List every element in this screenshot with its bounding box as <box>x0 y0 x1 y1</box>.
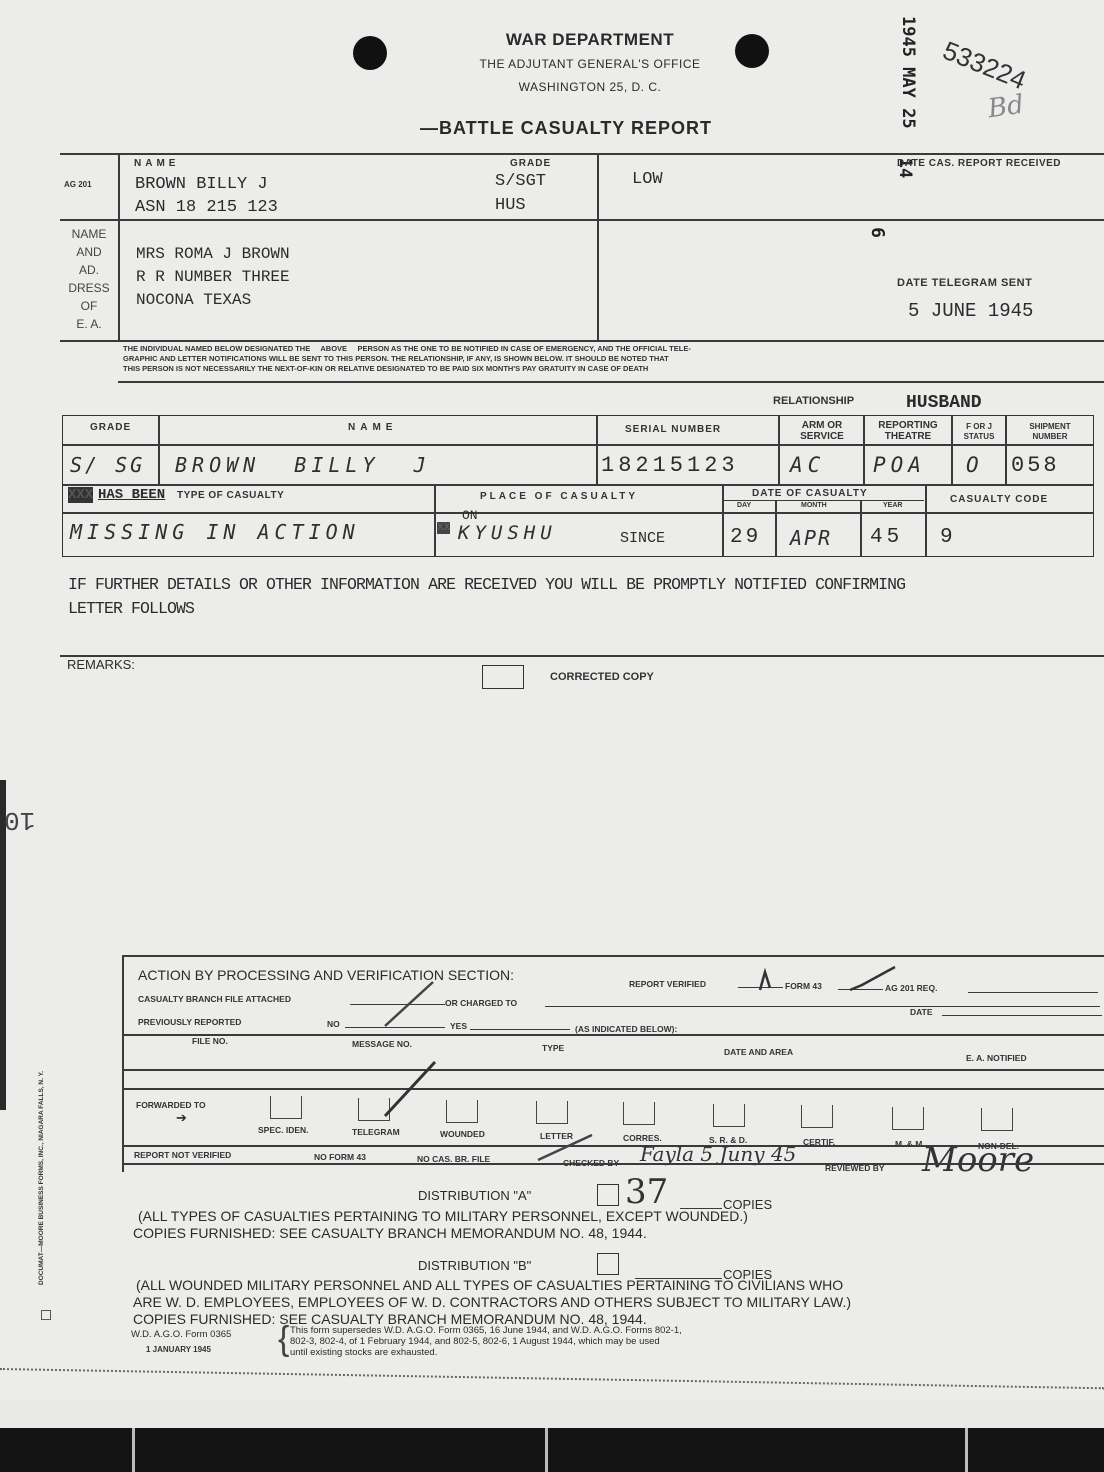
distribution-b-description-1: (ALL WOUNDED MILITARY PERSONNEL AND ALL … <box>136 1277 843 1293</box>
distribution-b-description-2: ARE W. D. EMPLOYEES, EMPLOYEES OF W. D. … <box>133 1294 851 1310</box>
distribution-a-description-1: (ALL TYPES OF CASUALTIES PERTAINING TO M… <box>138 1208 748 1224</box>
form-id: W.D. A.G.O. Form 0365 <box>131 1329 231 1340</box>
distribution-a-label: DISTRIBUTION "A" <box>418 1188 531 1203</box>
background-surface <box>0 1428 1104 1472</box>
distribution-a-copies: 37 <box>625 1172 668 1212</box>
distribution-b-label: DISTRIBUTION "B" <box>418 1258 531 1273</box>
form-date: 1 JANUARY 1945 <box>146 1345 211 1354</box>
distribution-a-checkbox[interactable] <box>597 1184 619 1206</box>
handwritten-check-marks <box>0 0 1104 1400</box>
distribution-b-checkbox[interactable] <box>597 1253 619 1275</box>
document-page: WAR DEPARTMENT THE ADJUTANT GENERAL'S OF… <box>0 0 1104 1400</box>
distribution-a-description-2: COPIES FURNISHED: SEE CASUALTY BRANCH ME… <box>133 1225 647 1241</box>
supersedes-notice: This form supersedes W.D. A.G.O. Form 03… <box>290 1325 682 1358</box>
brace: { <box>278 1322 289 1356</box>
